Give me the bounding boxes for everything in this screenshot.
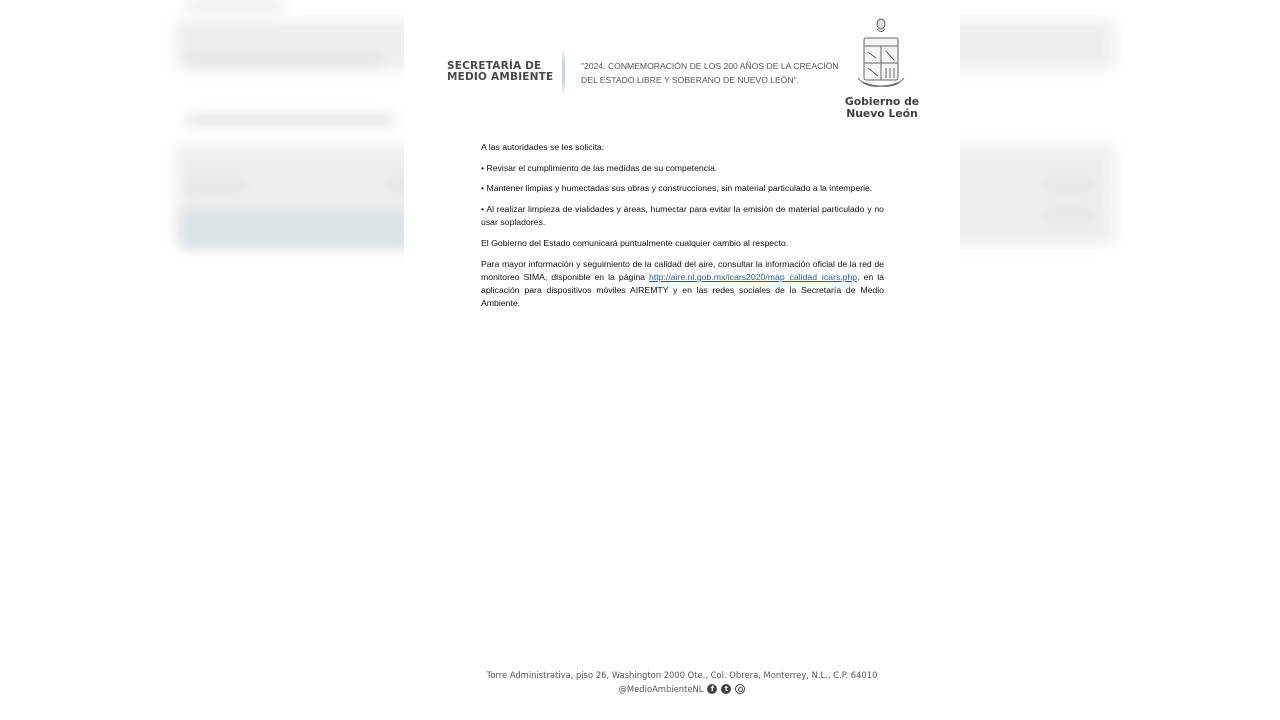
document-body: A las autoridades se les solicita: • Rev… xyxy=(481,141,884,318)
notice-paragraph: El Gobierno del Estado comunicará puntua… xyxy=(481,237,884,250)
motto-line-2: DEL ESTADO LIBRE Y SOBERANO DE NUEVO LEÓ… xyxy=(581,73,839,87)
department-name: SECRETARÍA DE MEDIO AMBIENTE xyxy=(447,61,553,83)
bullet-item: • Revisar el cumplimiento de las medidas… xyxy=(481,162,884,175)
instagram-icon[interactable] xyxy=(735,684,745,694)
motto-line-1: "2024. CONMEMORACIÓN DE LOS 200 AÑOS DE … xyxy=(581,59,839,73)
social-handle: @MedioAmbienteNL xyxy=(619,682,704,696)
footer: Torre Administrativa, piso 26, Washingto… xyxy=(404,668,960,696)
twitter-icon[interactable]: t xyxy=(721,684,731,694)
bullet-item: • Al realizar limpieza de vialidades y á… xyxy=(481,203,884,229)
facebook-icon[interactable]: f xyxy=(707,684,717,694)
footer-address: Torre Administrativa, piso 26, Washingto… xyxy=(404,668,960,682)
social-row: @MedioAmbienteNL f t xyxy=(619,682,746,696)
intro-paragraph: A las autoridades se les solicita: xyxy=(481,141,884,154)
document-page: SECRETARÍA DE MEDIO AMBIENTE "2024. CONM… xyxy=(404,0,960,720)
department-line-2: MEDIO AMBIENTE xyxy=(447,72,553,83)
bullet-item: • Mantener limpias y humectadas sus obra… xyxy=(481,182,884,195)
government-line-2: Nuevo León xyxy=(840,108,924,120)
header-motto: "2024. CONMEMORACIÓN DE LOS 200 AÑOS DE … xyxy=(581,59,839,87)
air-quality-link[interactable]: http://aire.nl.gob.mx/icars2020/map_cali… xyxy=(649,272,857,282)
coat-of-arms-icon xyxy=(856,16,906,92)
government-name: Gobierno de Nuevo León xyxy=(840,96,924,120)
info-paragraph: Para mayor información y seguimiento de … xyxy=(481,258,884,311)
header-divider xyxy=(562,48,565,96)
